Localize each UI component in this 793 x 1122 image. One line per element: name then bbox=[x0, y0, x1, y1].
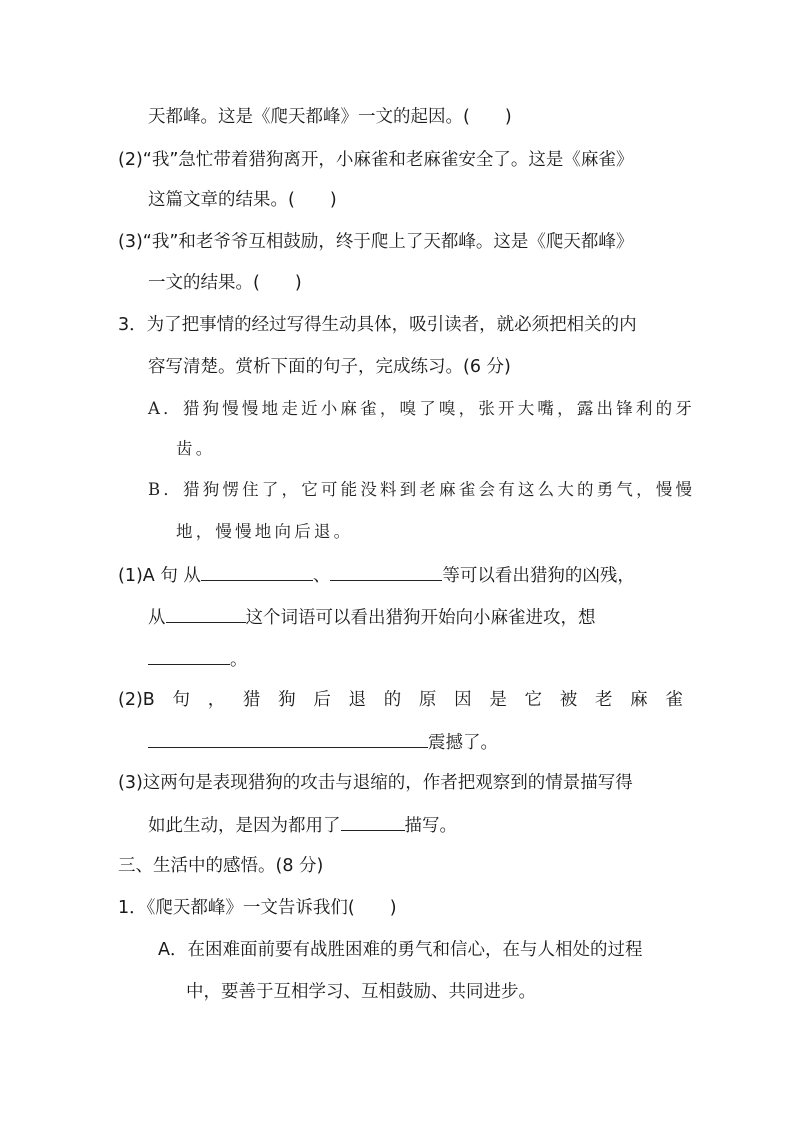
sub3-line2-prefix: 如此生动，是因为都用了 bbox=[148, 816, 341, 836]
part3-q1-option-a-line2: 中，要善于互相学习、互相鼓励、共同进步。 bbox=[186, 981, 536, 1003]
sub2-token: 麻 bbox=[630, 689, 648, 711]
answer-blank-4[interactable] bbox=[148, 648, 230, 665]
sub2-token: 后 bbox=[313, 689, 331, 711]
q3-stem-line1: 3．为了把事情的经过写得生动具体，吸引读者，就必须把相关的内 bbox=[118, 314, 637, 336]
sub1-line3-suffix: 。 bbox=[230, 650, 248, 670]
part3-q1-stem: 1．《爬天都峰》一文告诉我们( ) bbox=[118, 897, 397, 919]
sub2-token: (2)B bbox=[118, 689, 155, 711]
sentence-b-line2: 地，慢慢地向后退。 bbox=[176, 521, 353, 543]
sub2-token: 因 bbox=[454, 689, 472, 711]
sub2-token: 句 bbox=[173, 689, 191, 711]
answer-blank-3[interactable] bbox=[166, 606, 246, 623]
q3-stem-line2: 容写清楚。赏析下面的句子，完成练习。(6 分) bbox=[148, 356, 511, 378]
sentence-a-line1: A．猎狗慢慢地走近小麻雀，嗅了嗅，张开大嘴，露出锋利的牙 bbox=[148, 398, 695, 420]
answer-blank-1[interactable] bbox=[201, 564, 313, 581]
sub2-token: ， bbox=[208, 689, 226, 711]
sentence-a-line2: 齿。 bbox=[176, 438, 215, 460]
sub1-separator: 、 bbox=[313, 566, 331, 586]
sub1-prefix: (1)A 句 从 bbox=[118, 566, 201, 586]
sub2-token: 原 bbox=[419, 689, 437, 711]
sub2-token: 老 bbox=[595, 689, 613, 711]
q2-item3-line2: 一文的结果。( ) bbox=[148, 272, 302, 294]
sub2-line1: (2)B 句 ， 猎 狗 后 退 的 原 因 是 它 被 老 麻 雀 bbox=[118, 689, 683, 711]
sub2-token: 是 bbox=[489, 689, 507, 711]
sentence-b-line1: B．猎狗愣住了，它可能没料到老麻雀会有这么大的勇气，慢慢 bbox=[148, 479, 695, 501]
exam-page: 天都峰。这是《爬天都峰》一文的起因。( ) (2)“我”急忙带着猎狗离开，小麻雀… bbox=[0, 0, 793, 1122]
sub1-line2-prefix: 从 bbox=[148, 608, 166, 628]
sub3-line2-suffix: 描写。 bbox=[405, 816, 458, 836]
q2-item2-line1: (2)“我”急忙带着猎狗离开，小麻雀和老麻雀安全了。这是《麻雀》 bbox=[118, 149, 633, 171]
sub2-token: 雀 bbox=[665, 689, 683, 711]
q2-item1-continuation: 天都峰。这是《爬天都峰》一文的起因。( ) bbox=[148, 106, 512, 128]
sub1-suffix: 等可以看出猎狗的凶残， bbox=[442, 566, 635, 586]
sub2-token: 被 bbox=[560, 689, 578, 711]
sub1-line3: 。 bbox=[148, 648, 248, 671]
sub3-line2: 如此生动，是因为都用了描写。 bbox=[148, 814, 457, 837]
part3-heading: 三、生活中的感悟。(8 分) bbox=[118, 855, 323, 877]
answer-blank-6[interactable] bbox=[341, 814, 405, 831]
sub2-token: 猎 bbox=[243, 689, 261, 711]
sub3-line1: (3)这两句是表现猎狗的攻击与退缩的，作者把观察到的情景描写得 bbox=[118, 772, 633, 794]
q2-item2-line2: 这篇文章的结果。( ) bbox=[148, 189, 337, 211]
sub2-token: 退 bbox=[349, 689, 367, 711]
sub1-line1: (1)A 句 从、等可以看出猎狗的凶残， bbox=[118, 564, 635, 587]
sub2-token: 它 bbox=[525, 689, 543, 711]
part3-q1-option-a-line1: A．在困难面前要有战胜困难的勇气和信心，在与人相处的过程 bbox=[158, 939, 642, 961]
sub2-token: 的 bbox=[384, 689, 402, 711]
sub1-line2-suffix: 这个词语可以看出猎狗开始向小麻雀进攻，想 bbox=[246, 608, 596, 628]
answer-blank-5[interactable] bbox=[148, 731, 428, 748]
q2-item3-line1: (3)“我”和老爷爷互相鼓励，终于爬上了天都峰。这是《爬天都峰》 bbox=[118, 231, 633, 253]
sub2-token: 狗 bbox=[278, 689, 296, 711]
sub1-line2: 从这个词语可以看出猎狗开始向小麻雀进攻，想 bbox=[148, 606, 596, 629]
answer-blank-2[interactable] bbox=[330, 564, 442, 581]
sub2-line2-suffix: 震撼了。 bbox=[428, 733, 498, 753]
sub2-line2: 震撼了。 bbox=[148, 731, 498, 754]
